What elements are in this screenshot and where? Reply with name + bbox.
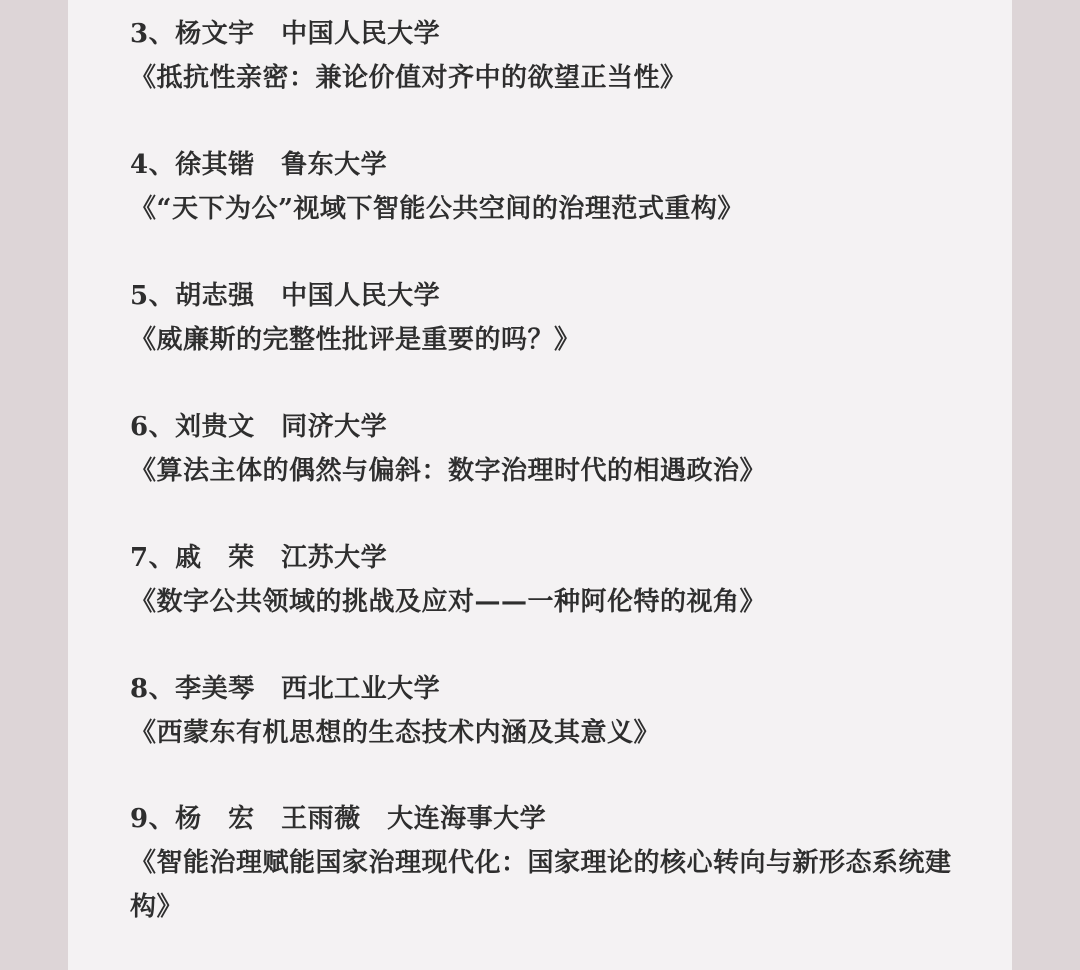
- author-line: 6、刘贵文 同济大学: [130, 405, 980, 449]
- paper-title: 《智能治理赋能国家治理现代化：国家理论的核心转向与新形态系统建构》: [130, 841, 980, 929]
- paper-title: 《西蒙东有机思想的生态技术内涵及其意义》: [130, 711, 980, 755]
- paper-entry-9: 9、杨 宏 王雨薇 大连海事大学 《智能治理赋能国家治理现代化：国家理论的核心转…: [130, 797, 980, 929]
- author-line: 3、杨文宇 中国人民大学: [130, 12, 980, 56]
- paper-entry-3: 3、杨文宇 中国人民大学 《抵抗性亲密：兼论价值对齐中的欲望正当性》: [130, 12, 980, 100]
- paper-title: 《算法主体的偶然与偏斜：数字治理时代的相遇政治》: [130, 449, 980, 493]
- document-page: 3、杨文宇 中国人民大学 《抵抗性亲密：兼论价值对齐中的欲望正当性》 4、徐其锴…: [68, 0, 1012, 970]
- paper-entry-4: 4、徐其锴 鲁东大学 《“天下为公”视域下智能公共空间的治理范式重构》: [130, 143, 980, 231]
- author-line: 7、戚 荣 江苏大学: [130, 536, 980, 580]
- paper-entry-7: 7、戚 荣 江苏大学 《数字公共领域的挑战及应对——一种阿伦特的视角》: [130, 536, 980, 624]
- author-line: 8、李美琴 西北工业大学: [130, 667, 980, 711]
- paper-title: 《“天下为公”视域下智能公共空间的治理范式重构》: [130, 187, 980, 231]
- author-line: 9、杨 宏 王雨薇 大连海事大学: [130, 797, 980, 841]
- author-line: 5、胡志强 中国人民大学: [130, 274, 980, 318]
- author-line: 4、徐其锴 鲁东大学: [130, 143, 980, 187]
- paper-title: 《数字公共领域的挑战及应对——一种阿伦特的视角》: [130, 580, 980, 624]
- paper-entry-6: 6、刘贵文 同济大学 《算法主体的偶然与偏斜：数字治理时代的相遇政治》: [130, 405, 980, 493]
- paper-entry-5: 5、胡志强 中国人民大学 《威廉斯的完整性批评是重要的吗？》: [130, 274, 980, 362]
- paper-title: 《威廉斯的完整性批评是重要的吗？》: [130, 318, 980, 362]
- paper-entry-8: 8、李美琴 西北工业大学 《西蒙东有机思想的生态技术内涵及其意义》: [130, 667, 980, 755]
- paper-title: 《抵抗性亲密：兼论价值对齐中的欲望正当性》: [130, 56, 980, 100]
